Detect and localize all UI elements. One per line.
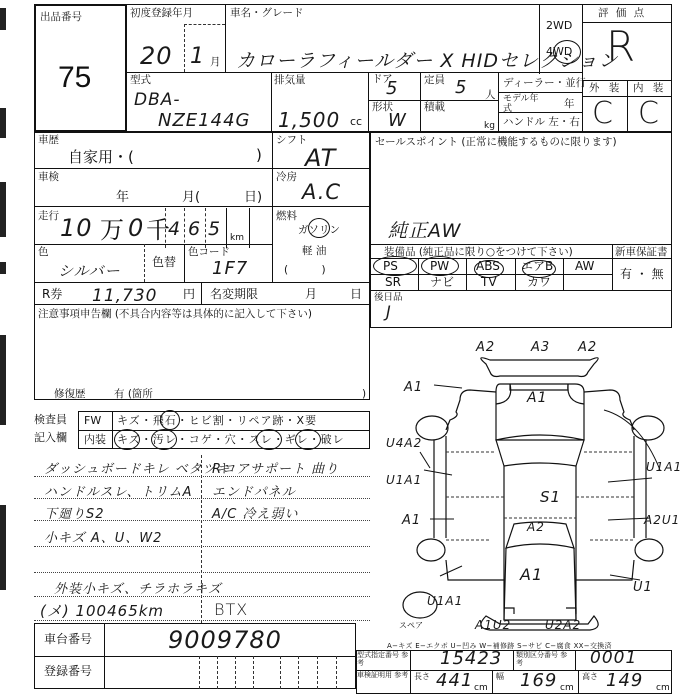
model-label: 型式 (130, 74, 151, 86)
load-label: 積載 (424, 101, 445, 113)
damage-label-right-rear-door: A2U1 (644, 513, 680, 527)
equipment-aw: AW (575, 260, 594, 272)
load-unit: kg (484, 120, 495, 132)
damage-label-trunk: A1 (520, 565, 543, 584)
equipment-label: 装備品 (純正品に限り○をつけて下さい) (384, 246, 573, 258)
equipment-navi: ナビ (430, 276, 454, 288)
width-unit: cm (560, 682, 574, 694)
shift-label: シフト (276, 134, 308, 146)
damage-label-left-rear-door: A1 (402, 513, 421, 528)
lot-number: 75 (58, 61, 91, 95)
car-name-label: 車名・グレード (230, 7, 304, 19)
circle-mark-airbag (522, 260, 556, 278)
mileage-digit: 5 (208, 218, 221, 240)
fuel-diesel: 軽 油 (302, 245, 326, 257)
binding-mark (0, 182, 6, 237)
circle-mark-pw (421, 256, 459, 276)
binding-mark (0, 8, 6, 30)
circle-mark-ps (373, 256, 417, 276)
mileage-man: 10 (60, 214, 93, 242)
inspection-month: 月( (182, 186, 200, 205)
circle-mark-chip (160, 410, 180, 430)
inspector-label: 記入欄 (34, 432, 67, 444)
remark-left: 外装小キズ、チラホラキズ (54, 578, 222, 597)
damage-label-rear-bumper-left: A1U2 (475, 618, 511, 632)
circle-mark-4wd (553, 40, 581, 64)
damage-label-roof: S1 (540, 488, 561, 506)
damage-label-right-front-door: U1A1 (646, 460, 682, 474)
capacity-value: 5 (455, 77, 467, 98)
binding-mark (0, 108, 6, 138)
damage-label-left-quarter: U1A1 (427, 594, 463, 608)
height-value: 149 (606, 670, 643, 691)
vehicle-cert-label: 車検証明用 参考 (357, 671, 410, 679)
damage-label-hood: A1 (527, 390, 547, 406)
recycle-unit: 円 (183, 288, 195, 300)
displacement-label: 排気量 (274, 74, 306, 86)
remark-left: ハンドルスレ、トリムA (44, 481, 192, 500)
height-label: 高さ (582, 671, 598, 683)
handle-label: ハンドル 左・右 (503, 116, 580, 128)
binding-mark (0, 262, 6, 274)
name-change-month: 月 (305, 288, 317, 300)
model-year-unit: 年 (564, 98, 575, 110)
remark-right: BTX (214, 600, 248, 619)
interior-label: 内 装 (633, 82, 666, 94)
model-year-label: モデル年式 (503, 94, 543, 114)
chassis-label: 車台番号 (44, 633, 92, 645)
repair-close: ) (362, 388, 366, 400)
circle-mark-dirt (151, 429, 177, 450)
length-unit: cm (474, 682, 488, 694)
remark-right: エンドパネル (212, 481, 296, 500)
damage-label-front-bumper-center: A3 (531, 340, 550, 355)
inspection-year: 年 (116, 186, 129, 205)
ac-label: 冷房 (276, 171, 297, 183)
inspection-day: 日) (244, 186, 262, 205)
category-label: 類別区分番号 参考 (516, 651, 574, 667)
mileage-digit: 6 (188, 218, 201, 240)
circle-mark-gasoline (308, 218, 330, 238)
recycle-label: R券 (42, 288, 62, 300)
damage-label-left-pillar: U4A2 (386, 436, 422, 450)
damage-label-rear-bumper-right: U2A2 (545, 618, 581, 632)
interior-grade: C (638, 96, 660, 131)
binding-mark (0, 335, 6, 425)
spare-tire-label: スペア (399, 620, 423, 632)
month-unit: 月 (210, 56, 221, 68)
warranty-label: 新車保証書 (615, 246, 668, 258)
registration-label: 登録番号 (44, 665, 92, 677)
remark-left: 下廻りS2 (44, 503, 105, 522)
length-value: 441 (436, 670, 473, 691)
name-change-label: 名変期限 (210, 288, 258, 300)
doors-value: 5 (386, 78, 398, 99)
damage-label-front-bumper-left: A2 (476, 340, 495, 355)
color-value: シルバー (58, 260, 121, 281)
color-code-label: 色コード (188, 246, 230, 258)
mileage-label: 走行 (38, 210, 59, 222)
notes-label: 注意事項申告欄 (不具合内容等は具体的に記入して下さい) (38, 308, 312, 320)
recycle-value: 11,730 (92, 286, 157, 306)
sales-point-label: セールスポイント (正常に機能するものに限ります) (375, 136, 617, 148)
drive-2wd: 2WD (546, 20, 572, 32)
mileage-digit: 4 (168, 218, 181, 240)
circle-mark-abs (474, 260, 504, 278)
chassis-number: 9009780 (168, 626, 282, 654)
width-label: 幅 (496, 671, 504, 683)
history-label: 車歴 (38, 134, 59, 146)
fuel-other: ( ) (284, 264, 326, 276)
color-label: 色 (38, 246, 49, 258)
exterior-grade: C (592, 96, 614, 131)
warranty-value: 有 ・ 無 (620, 268, 664, 280)
remark-left: ダッシュボードキレ ベタツキ (44, 458, 230, 477)
circle-mark-scratch (114, 429, 140, 450)
sales-point-value: 純正AW (388, 216, 461, 243)
damage-label-left-front-door: U1A1 (386, 473, 422, 487)
remark-left: (メ) 100465km (40, 600, 164, 621)
mileage-unit: km (230, 232, 244, 244)
color-code-value: 1F7 (212, 258, 248, 279)
interior-row-label: 内装 (84, 434, 106, 446)
mileage-sen: 0 (128, 214, 144, 242)
history-value: 自家用・( (68, 146, 134, 167)
fuel-label: 燃料 (276, 210, 297, 222)
car-body-diagram (380, 340, 680, 640)
ac-value: A.C (302, 180, 341, 204)
equipment-sr: SR (385, 276, 401, 288)
displacement-value: 1,500 (278, 108, 340, 132)
damage-label-front-bumper-right: A2 (578, 340, 597, 355)
model-value-prefix: DBA- (134, 90, 181, 110)
fw-label: FW (84, 415, 101, 427)
fw-items: キズ・飛石・ヒビ割・リペア跡・X要 (117, 415, 317, 427)
shape-value: W (388, 110, 407, 131)
score-label: 評 価 点 (598, 7, 646, 19)
model-value: NZE144G (158, 110, 250, 131)
inspection-label: 車検 (38, 171, 59, 183)
damage-label-right-quarter: U1 (633, 580, 653, 595)
mileage-man-unit: 万 (100, 210, 124, 245)
mileage-sen-unit: 千 (146, 210, 170, 245)
length-label: 長さ (414, 671, 430, 683)
damage-label-left-front-fender: A1 (404, 380, 423, 395)
binding-mark (0, 505, 6, 590)
name-change-day: 日 (350, 288, 362, 300)
type-approval-label: 型式指定番号 参考 (357, 651, 410, 667)
repair-history-label: 修復歴 (54, 388, 86, 400)
repair-history-value: 有 (箇所 (114, 388, 153, 400)
score-value: R (606, 22, 636, 71)
first-registration-label: 初度登録年月 (130, 7, 193, 19)
first-registration-year: 20 (140, 42, 173, 70)
inspector-label: 検査員 (34, 414, 67, 426)
dealer-label: ディーラー・並行 (503, 77, 586, 89)
displacement-unit: cc (350, 116, 362, 128)
exterior-label: 外 装 (589, 82, 622, 94)
lot-number-label: 出品番号 (40, 11, 82, 23)
capacity-label: 定員 (424, 74, 445, 86)
history-close: ) (256, 146, 262, 164)
remark-right: A/C 冷え弱い (212, 503, 298, 522)
aftermarket-value: J (386, 302, 392, 321)
type-approval-number: 15423 (440, 648, 502, 669)
remark-left: 小キズ A、U、W2 (44, 527, 162, 546)
category-number: 0001 (590, 648, 637, 668)
remark-right: Rコアサポート 曲り (212, 458, 339, 477)
height-unit: cm (656, 682, 670, 694)
color-change-label: 色替 (152, 256, 176, 268)
first-registration-month: 1 (190, 44, 205, 69)
circle-mark-tear (295, 429, 321, 450)
lot-number-box: 出品番号 75 (34, 4, 127, 132)
width-value: 169 (520, 670, 557, 691)
circle-mark-scuff (256, 429, 282, 450)
damage-label-rear-window: A2 (527, 520, 545, 534)
